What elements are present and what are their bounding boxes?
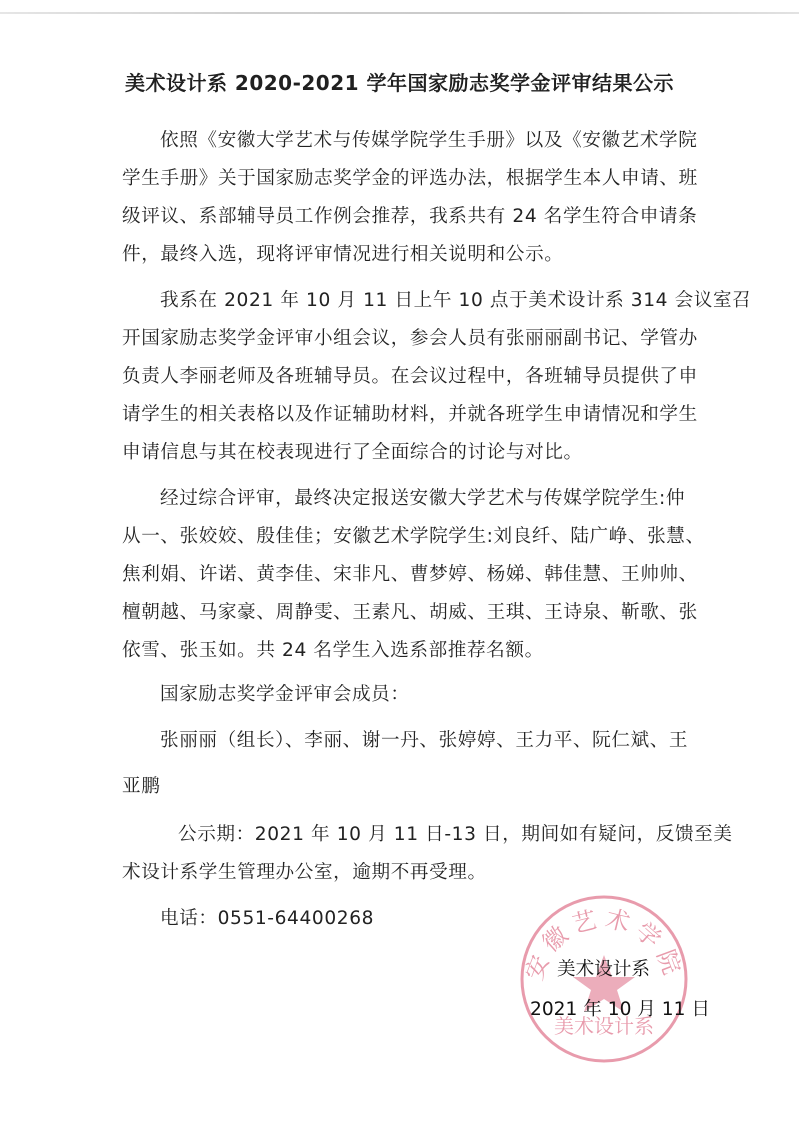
signature-date: 2021 年 10 月 11 日 (530, 995, 710, 1021)
paragraph-line: 请学生的相关表格以及作证辅助材料，并就各班学生申请情况和学生 (122, 400, 692, 426)
paragraph-line: 依照《安徽大学艺术与传媒学院学生手册》以及《安徽艺术学院 (160, 126, 730, 152)
document-title: 美术设计系 2020-2021 学年国家励志奖学金评审结果公示 (0, 67, 799, 96)
paragraph-line: 经过综合评审，最终决定报送安徽大学艺术与传媒学院学生:仲 (160, 484, 730, 510)
paragraph-line: 级评议、系部辅导员工作例会推荐，我系共有 24 名学生符合申请条 (122, 202, 692, 228)
paragraph-line: 负责人李丽老师及各班辅导员。在会议过程中，各班辅导员提供了申 (122, 362, 692, 388)
paragraph-line: 檀朝越、马家豪、周静雯、王素凡、胡威、王琪、王诗泉、靳歌、张 (122, 598, 692, 624)
committee-heading: 国家励志奖学金评审会成员： (160, 680, 730, 706)
paragraph-line: 依雪、张玉如。共 24 名学生入选系部推荐名额。 (122, 636, 692, 662)
paragraph-line: 开国家励志奖学金评审小组会议，参会人员有张丽丽副书记、学管办 (122, 324, 692, 350)
paragraph-line: 焦利娟、许诺、黄李佳、宋非凡、曹梦婷、杨娣、韩佳慧、王帅帅、 (122, 560, 692, 586)
paragraph-line: 件，最终入选，现将评审情况进行相关说明和公示。 (122, 240, 692, 266)
notice-period-line: 公示期：2021 年 10 月 11 日-13 日，期间如有疑问，反馈至美 (178, 820, 748, 846)
paragraph-line: 我系在 2021 年 10 月 11 日上午 10 点于美术设计系 314 会议… (160, 286, 730, 312)
paragraph-line: 从一、张姣姣、殷佳佳；安徽艺术学院学生:刘良纤、陆广峥、张慧、 (122, 522, 692, 548)
paragraph-line: 学生手册》关于国家励志奖学金的评选办法，根据学生本人申请、班 (122, 164, 692, 190)
signature-department: 美术设计系 (557, 955, 650, 981)
committee-members-line: 张丽丽（组长）、李丽、谢一丹、张婷婷、王力平、阮仁斌、王 (160, 726, 730, 752)
scan-edge-line (0, 12, 799, 14)
paragraph-line: 申请信息与其在校表现进行了全面综合的讨论与对比。 (122, 438, 692, 464)
committee-members-line: 亚鹏 (122, 772, 692, 798)
notice-period-line: 术设计系学生管理办公室，逾期不再受理。 (122, 858, 692, 884)
